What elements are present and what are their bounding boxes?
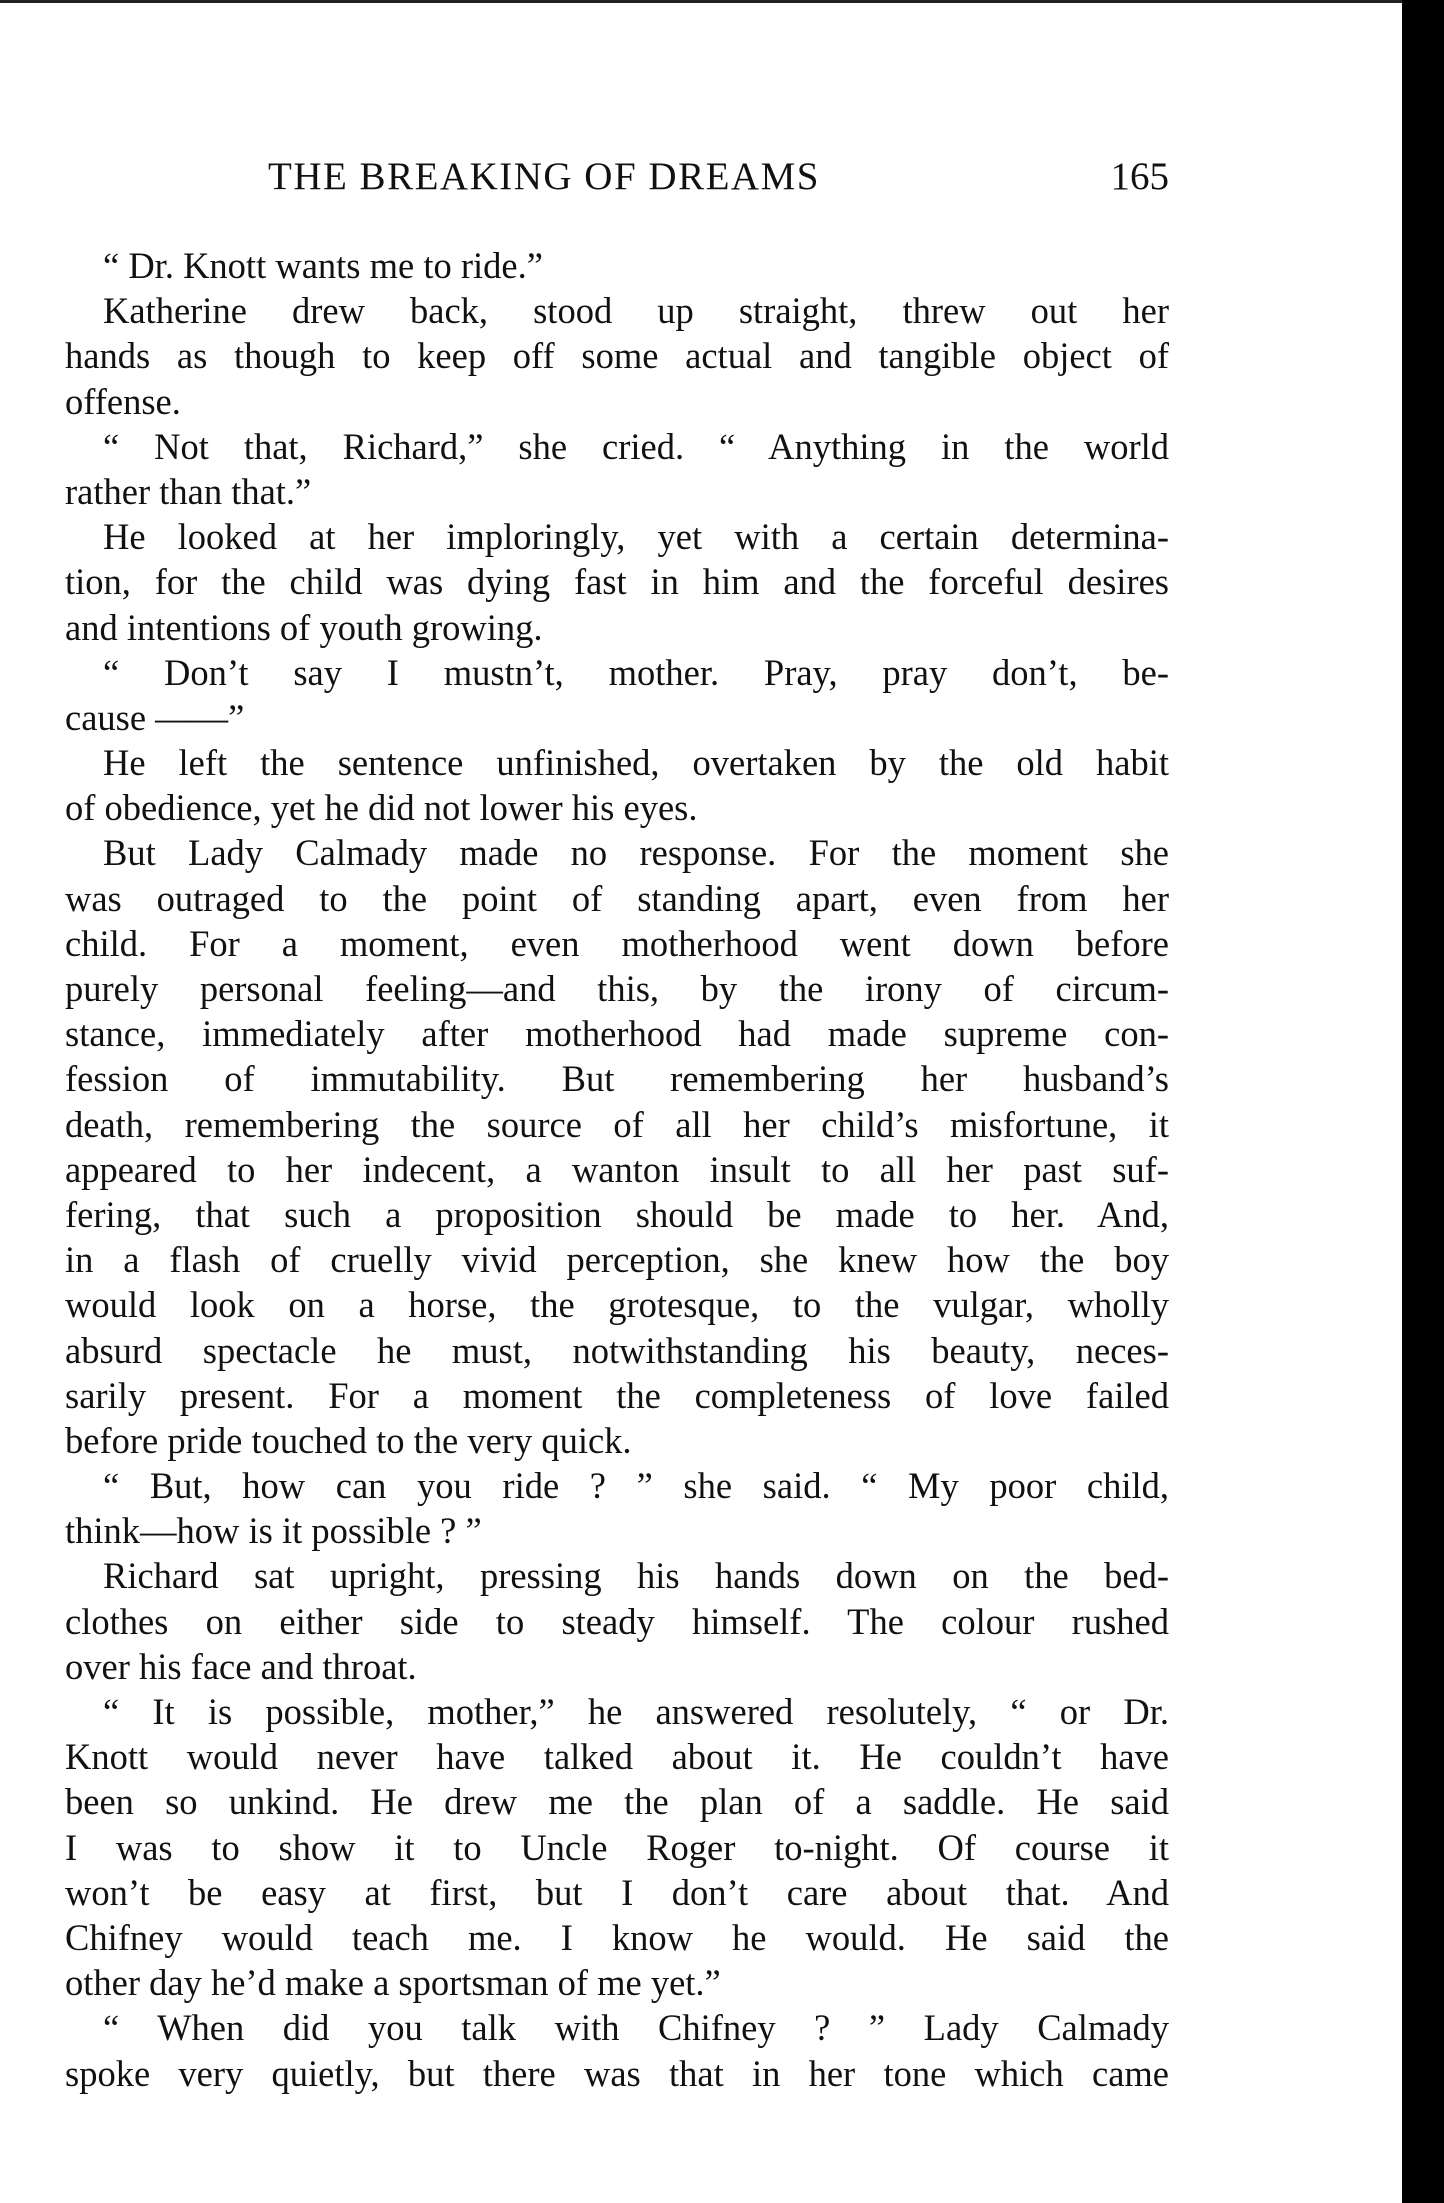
scan-top-edge <box>0 0 1405 3</box>
text-line: of obedience, yet he did not lower his e… <box>65 785 1169 830</box>
body-text: “ Dr. Knott wants me to ride.”Katherine … <box>65 243 1169 2096</box>
text-line: fering, that such a proposition should b… <box>65 1192 1169 1237</box>
text-line: tion, for the child was dying fast in hi… <box>65 559 1169 604</box>
text-line: rather than that.” <box>65 469 1169 514</box>
text-line: absurd spectacle he must, notwithstandin… <box>65 1328 1169 1373</box>
text-line: “ But, how can you ride ? ” she said. “ … <box>65 1463 1169 1508</box>
text-line: spoke very quietly, but there was that i… <box>65 2051 1169 2096</box>
text-line: was outraged to the point of standing ap… <box>65 876 1169 921</box>
text-line: “ Don’t say I mustn’t, mother. Pray, pra… <box>65 650 1169 695</box>
text-line: before pride touched to the very quick. <box>65 1418 1169 1463</box>
text-line: Chifney would teach me. I know he would.… <box>65 1915 1169 1960</box>
text-line: won’t be easy at first, but I don’t care… <box>65 1870 1169 1915</box>
text-line: “ Not that, Richard,” she cried. “ Anyth… <box>65 424 1169 469</box>
text-line: fession of immutability. But remembering… <box>65 1056 1169 1101</box>
text-line: and intentions of youth growing. <box>65 605 1169 650</box>
text-line: other day he’d make a sportsman of me ye… <box>65 1960 1169 2005</box>
text-line: “ Dr. Knott wants me to ride.” <box>65 243 1169 288</box>
text-line: But Lady Calmady made no response. For t… <box>65 830 1169 875</box>
text-line: cause ——” <box>65 695 1169 740</box>
text-line: appeared to her indecent, a wanton insul… <box>65 1147 1169 1192</box>
page-number: 165 <box>1111 152 1170 202</box>
running-title: THE BREAKING OF DREAMS <box>268 152 820 202</box>
text-line: “ It is possible, mother,” he answered r… <box>65 1689 1169 1734</box>
text-line: He left the sentence unfinished, overtak… <box>65 740 1169 785</box>
text-line: clothes on either side to steady himself… <box>65 1599 1169 1644</box>
text-line: sarily present. For a moment the complet… <box>65 1373 1169 1418</box>
text-line: Knott would never have talked about it. … <box>65 1734 1169 1779</box>
text-line: in a flash of cruelly vivid perception, … <box>65 1237 1169 1282</box>
text-line: Richard sat upright, pressing his hands … <box>65 1553 1169 1598</box>
text-line: child. For a moment, even motherhood wen… <box>65 921 1169 966</box>
text-line: Katherine drew back, stood up straight, … <box>65 288 1169 333</box>
text-line: stance, immediately after motherhood had… <box>65 1011 1169 1056</box>
text-line: been so unkind. He drew me the plan of a… <box>65 1779 1169 1824</box>
running-head: THE BREAKING OF DREAMS 165 <box>65 152 1169 202</box>
text-line: would look on a horse, the grotesque, to… <box>65 1282 1169 1327</box>
text-line: over his face and throat. <box>65 1644 1169 1689</box>
text-line: offense. <box>65 379 1169 424</box>
text-line: He looked at her imploringly, yet with a… <box>65 514 1169 559</box>
text-line: hands as though to keep off some actual … <box>65 333 1169 378</box>
text-line: purely personal feeling—and this, by the… <box>65 966 1169 1011</box>
text-line: “ When did you talk with Chifney ? ” Lad… <box>65 2005 1169 2050</box>
text-line: death, remembering the source of all her… <box>65 1102 1169 1147</box>
scan-right-edge <box>1402 0 1444 2203</box>
text-line: I was to show it to Uncle Roger to-night… <box>65 1825 1169 1870</box>
text-line: think—how is it possible ? ” <box>65 1508 1169 1553</box>
